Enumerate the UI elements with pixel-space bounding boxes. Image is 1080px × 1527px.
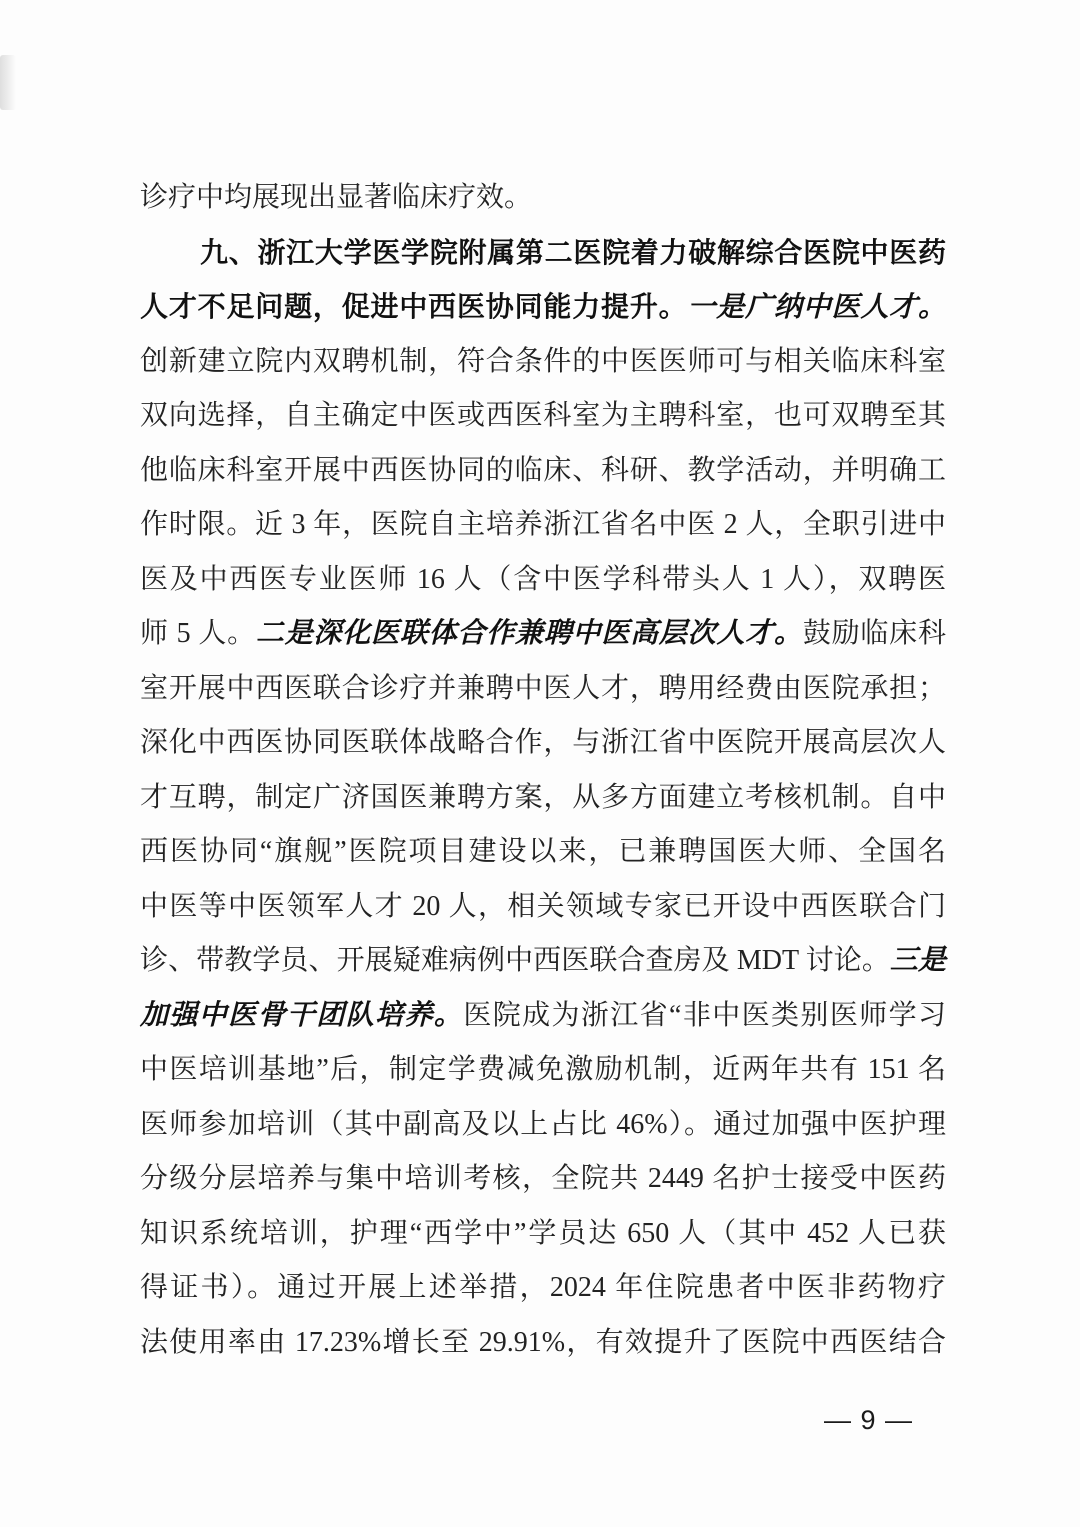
- text-run: 三是: [890, 945, 946, 976]
- text-run: 二是深化医联体合作兼聘中医高层次人才。: [256, 618, 803, 649]
- text-line: 中医培训基地”后，制定学费减免激励机制，近两年共有 151 名: [140, 1043, 946, 1098]
- text-line: 双向选择，自主确定中医或西医科室为主聘科室，也可双聘至其: [140, 389, 946, 444]
- text-run: 医及中西医专业医师 16 人（含中医学科带头人 1 人），双聘医: [140, 564, 946, 595]
- text-run: 西医协同“旗舰”医院项目建设以来，已兼聘国医大师、全国名: [140, 836, 946, 867]
- text-line: 室开展中西医联合诊疗并兼聘中医人才，聘用经费由医院承担；: [140, 662, 946, 717]
- text-line: 加强中医骨干团队培养。医院成为浙江省“非中医类别医师学习: [140, 989, 946, 1044]
- text-run: 室开展中西医联合诊疗并兼聘中医人才，聘用经费由医院承担；: [140, 673, 946, 704]
- text-run: 双向选择，自主确定中医或西医科室为主聘科室，也可双聘至其: [140, 400, 946, 431]
- text-run: 人才不足问题，促进中西医协同能力提升。: [140, 291, 687, 322]
- text-run: 法使用率由 17.23%增长至 29.91%，有效提升了医院中西医结合: [140, 1327, 946, 1358]
- text-line: 得证书）。通过开展上述举措，2024 年住院患者中医非药物疗: [140, 1261, 946, 1316]
- text-line: 知识系统培训，护理“西学中”学员达 650 人（其中 452 人已获: [140, 1207, 946, 1262]
- text-run: 诊、带教学员、开展疑难病例中西医联合查房及 MDT 讨论。: [140, 945, 890, 976]
- scan-smudge-artifact: [0, 55, 16, 110]
- text-run: 分级分层培养与集中培训考核，全院共 2449 名护士接受中医药: [140, 1163, 946, 1194]
- text-run: 作时限。近 3 年，医院自主培养浙江省名中医 2 人，全职引进中: [140, 509, 946, 540]
- text-line: 诊、带教学员、开展疑难病例中西医联合查房及 MDT 讨论。三是: [140, 934, 946, 989]
- text-line: 深化中西医协同医联体战略合作，与浙江省中医院开展高层次人: [140, 716, 946, 771]
- text-line: 法使用率由 17.23%增长至 29.91%，有效提升了医院中西医结合: [140, 1316, 946, 1371]
- body-text: 诊疗中均展现出显著临床疗效。九、浙江大学医学院附属第二医院着力破解综合医院中医药…: [140, 171, 946, 1370]
- text-line: 才互聘，制定广济国医兼聘方案，从多方面建立考核机制。自中: [140, 771, 946, 826]
- document-page: 诊疗中均展现出显著临床疗效。九、浙江大学医学院附属第二医院着力破解综合医院中医药…: [0, 0, 1080, 1527]
- text-line: 作时限。近 3 年，医院自主培养浙江省名中医 2 人，全职引进中: [140, 498, 946, 553]
- text-run: 加强中医骨干团队培养。: [140, 1000, 463, 1031]
- text-line: 诊疗中均展现出显著临床疗效。: [140, 171, 946, 226]
- text-run: 一是广纳中医人才。: [687, 292, 946, 323]
- text-line: 九、浙江大学医学院附属第二医院着力破解综合医院中医药: [140, 226, 946, 281]
- text-run: 中医培训基地”后，制定学费减免激励机制，近两年共有 151 名: [140, 1054, 946, 1085]
- text-line: 中医等中医领军人才 20 人，相关领域专家已开设中西医联合门: [140, 880, 946, 935]
- text-run: 九、浙江大学医学院附属第二医院着力破解综合医院中医药: [200, 237, 946, 268]
- text-line: 人才不足问题，促进中西医协同能力提升。一是广纳中医人才。: [140, 280, 946, 335]
- text-line: 师 5 人。二是深化医联体合作兼聘中医高层次人才。鼓励临床科: [140, 607, 946, 662]
- text-run: 创新建立院内双聘机制，符合条件的中医医师可与相关临床科室: [140, 346, 946, 377]
- text-run: 深化中西医协同医联体战略合作，与浙江省中医院开展高层次人: [140, 727, 946, 758]
- text-line: 他临床科室开展中西医协同的临床、科研、教学活动，并明确工: [140, 444, 946, 499]
- text-line: 医师参加培训（其中副高及以上占比 46%）。通过加强中医护理: [140, 1098, 946, 1153]
- text-run: 他临床科室开展中西医协同的临床、科研、教学活动，并明确工: [140, 455, 946, 486]
- text-run: 才互聘，制定广济国医兼聘方案，从多方面建立考核机制。自中: [140, 782, 946, 813]
- page-number: — 9 —: [824, 1405, 913, 1436]
- text-run: 诊疗中均展现出显著临床疗效。: [140, 182, 532, 213]
- text-run: 知识系统培训，护理“西学中”学员达 650 人（其中 452 人已获: [140, 1218, 946, 1249]
- text-run: 得证书）。通过开展上述举措，2024 年住院患者中医非药物疗: [140, 1272, 946, 1303]
- text-run: 师 5 人。: [140, 618, 256, 649]
- text-run: 中医等中医领军人才 20 人，相关领域专家已开设中西医联合门: [140, 891, 946, 922]
- text-run: 医师参加培训（其中副高及以上占比 46%）。通过加强中医护理: [140, 1109, 946, 1140]
- text-line: 医及中西医专业医师 16 人（含中医学科带头人 1 人），双聘医: [140, 553, 946, 608]
- text-line: 西医协同“旗舰”医院项目建设以来，已兼聘国医大师、全国名: [140, 825, 946, 880]
- text-line: 创新建立院内双聘机制，符合条件的中医医师可与相关临床科室: [140, 335, 946, 390]
- text-run: 鼓励临床科: [803, 618, 946, 649]
- text-line: 分级分层培养与集中培训考核，全院共 2449 名护士接受中医药: [140, 1152, 946, 1207]
- text-run: 医院成为浙江省“非中医类别医师学习: [463, 1000, 946, 1031]
